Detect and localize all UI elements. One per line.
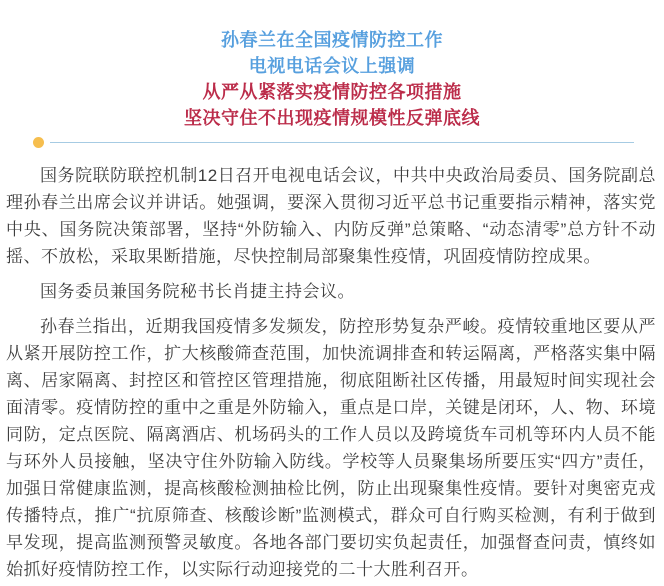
paragraph-2: 国务委员兼国务院秘书长肖捷主持会议。 [6, 278, 656, 305]
title-line-2: 电视电话会议上强调 [0, 53, 664, 79]
paragraph-3: 孙春兰指出，近期我国疫情多发频发，防控形势复杂严峻。疫情较重地区要从严从紧开展防… [6, 313, 656, 583]
article-body: 国务院联防联控机制12日召开电视电话会议，中共中央政治局委员、国务院副总理孙春兰… [0, 162, 664, 583]
article-page: 孙春兰在全国疫情防控工作 电视电话会议上强调 从严从紧落实疫情防控各项措施 坚决… [0, 0, 664, 586]
title-line-1: 孙春兰在全国疫情防控工作 [0, 27, 664, 53]
divider-line [50, 142, 634, 143]
paragraph-1: 国务院联防联控机制12日召开电视电话会议，中共中央政治局委员、国务院副总理孙春兰… [6, 162, 656, 270]
title-line-3: 从严从紧落实疫情防控各项措施 [0, 79, 664, 105]
bullet-dot-icon [33, 137, 44, 148]
title-line-4: 坚决守住不出现疫情规模性反弹底线 [0, 105, 664, 131]
article-title: 孙春兰在全国疫情防控工作 电视电话会议上强调 从严从紧落实疫情防控各项措施 坚决… [0, 0, 664, 131]
title-divider [33, 136, 634, 148]
